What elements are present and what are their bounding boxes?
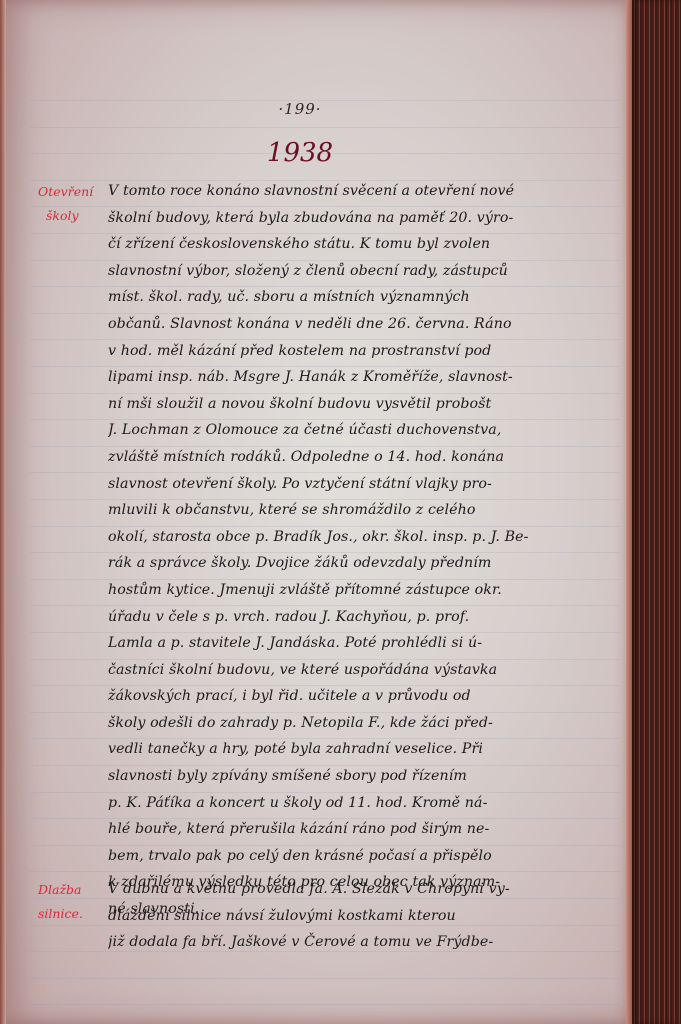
ruled-line bbox=[30, 127, 620, 128]
handwritten-line: míst. škol. rady, uč. sboru a místních v… bbox=[108, 284, 628, 311]
page-number: ·199· bbox=[0, 100, 600, 118]
handwritten-line: slavnost otevření školy. Po vztyčení stá… bbox=[108, 471, 628, 498]
handwritten-line: slavnosti byly zpívány smíšené sbory pod… bbox=[108, 763, 628, 790]
handwritten-line: úřadu v čele s p. vrch. radou J. Kachyňo… bbox=[108, 604, 628, 631]
handwritten-line: lipami insp. náb. Msgre J. Hanák z Kromě… bbox=[108, 364, 628, 391]
entry-road-paving: V dubnu a květnu provedla fa. A. Slezák … bbox=[108, 876, 628, 956]
handwritten-line: hlé bouře, která přerušila kázání ráno p… bbox=[108, 816, 628, 843]
handwritten-line: vedli tanečky a hry, poté byla zahradní … bbox=[108, 736, 628, 763]
handwritten-line: žákovských prací, i byl řid. učitele a v… bbox=[108, 683, 628, 710]
handwritten-line: čí zřízení československého státu. K tom… bbox=[108, 231, 628, 258]
margin-heading-line: silnice. bbox=[38, 902, 108, 926]
handwritten-line: J. Lochman z Olomouce za četné účasti du… bbox=[108, 417, 628, 444]
handwritten-line: V dubnu a květnu provedla fa. A. Slezák … bbox=[108, 876, 628, 903]
handwritten-line: Lamla a p. stavitele J. Jandáska. Poté p… bbox=[108, 630, 628, 657]
notebook-page: ·199· 1938 Otevření školy V tomto roce k… bbox=[0, 0, 632, 1024]
handwritten-line: častníci školní budovu, ve které uspořád… bbox=[108, 657, 628, 684]
margin-heading-school-opening: Otevření školy bbox=[38, 180, 108, 228]
handwritten-line: rák a správce školy. Dvojice žáků odevzd… bbox=[108, 550, 628, 577]
handwritten-line: školní budovy, která byla zbudována na p… bbox=[108, 205, 628, 232]
handwritten-line: školy odešli do zahrady p. Netopila F., … bbox=[108, 710, 628, 737]
handwritten-line: bem, trvalo pak po celý den krásné počas… bbox=[108, 843, 628, 870]
margin-heading-road-paving: Dlažba silnice. bbox=[38, 878, 108, 926]
handwritten-line: v hod. měl kázání před kostelem na prost… bbox=[108, 338, 628, 365]
handwritten-line: V tomto roce konáno slavnostní svěcení a… bbox=[108, 178, 628, 205]
margin-heading-line: Otevření bbox=[38, 180, 108, 204]
handwritten-line: p. K. Páťíka a koncert u školy od 11. ho… bbox=[108, 790, 628, 817]
handwritten-line: slavnostní výbor, složený z členů obecní… bbox=[108, 258, 628, 285]
handwritten-line: mluvili k občanstvu, které se shromáždil… bbox=[108, 497, 628, 524]
ruled-line bbox=[30, 978, 620, 979]
handwritten-line: hostům kytice. Jmenuji zvláště přítomné … bbox=[108, 577, 628, 604]
handwritten-line: již dodala fa bří. Jaškové v Čerové a to… bbox=[108, 929, 628, 956]
handwritten-line: občanů. Slavnost konána v neděli dne 26.… bbox=[108, 311, 628, 338]
handwritten-line: ní mši sloužil a novou školní budovu vys… bbox=[108, 391, 628, 418]
margin-heading-line: školy bbox=[38, 204, 108, 228]
ruled-line bbox=[30, 1004, 620, 1005]
year-heading: 1938 bbox=[0, 138, 600, 168]
margin-heading-line: Dlažba bbox=[38, 878, 108, 902]
entry-school-opening: V tomto roce konáno slavnostní svěcení a… bbox=[108, 178, 628, 923]
handwritten-line: dláždění silnice návsí žulovými kostkami… bbox=[108, 903, 628, 930]
handwritten-line: zvláště místních rodáků. Odpoledne o 14.… bbox=[108, 444, 628, 471]
book-page-stack bbox=[632, 0, 681, 1024]
handwritten-line: okolí, starosta obce p. Bradík Jos., okr… bbox=[108, 524, 628, 551]
